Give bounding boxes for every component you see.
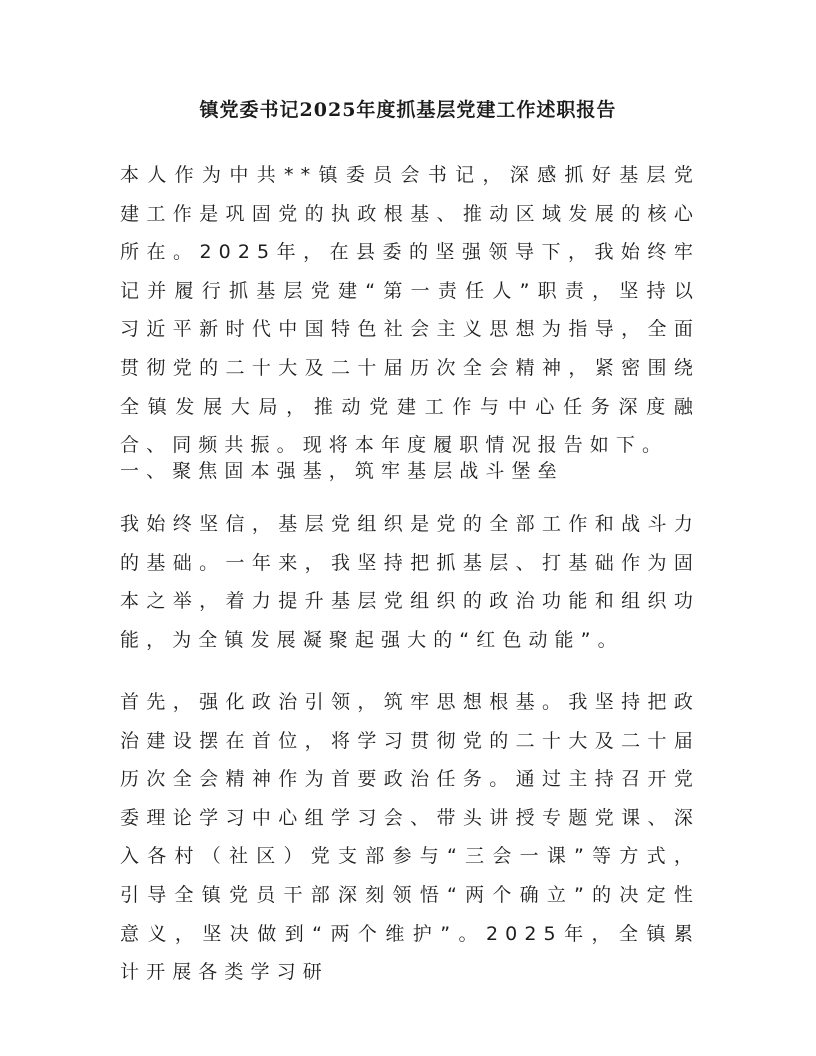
section-1-paragraph-2: 首先，强化政治引领，筑牢思想根基。我坚持把政治建设摆在首位，将学习贯彻党的二十大… — [120, 683, 700, 992]
section-1-paragraph-1: 我始终坚信，基层党组织是党的全部工作和战斗力的基础。一年来，我坚持把抓基层、打基… — [120, 505, 700, 659]
section-heading-1: 一、聚焦固本强基，筑牢基层战斗堡垒 — [120, 452, 700, 491]
document-title: 镇党委书记2025年度抓基层党建工作述职报告 — [0, 96, 816, 124]
intro-paragraph: 本人作为中共**镇委员会书记，深感抓好基层党建工作是巩固党的执政根基、推动区域发… — [120, 156, 700, 465]
document-page: 镇党委书记2025年度抓基层党建工作述职报告 本人作为中共**镇委员会书记，深感… — [0, 0, 816, 1056]
